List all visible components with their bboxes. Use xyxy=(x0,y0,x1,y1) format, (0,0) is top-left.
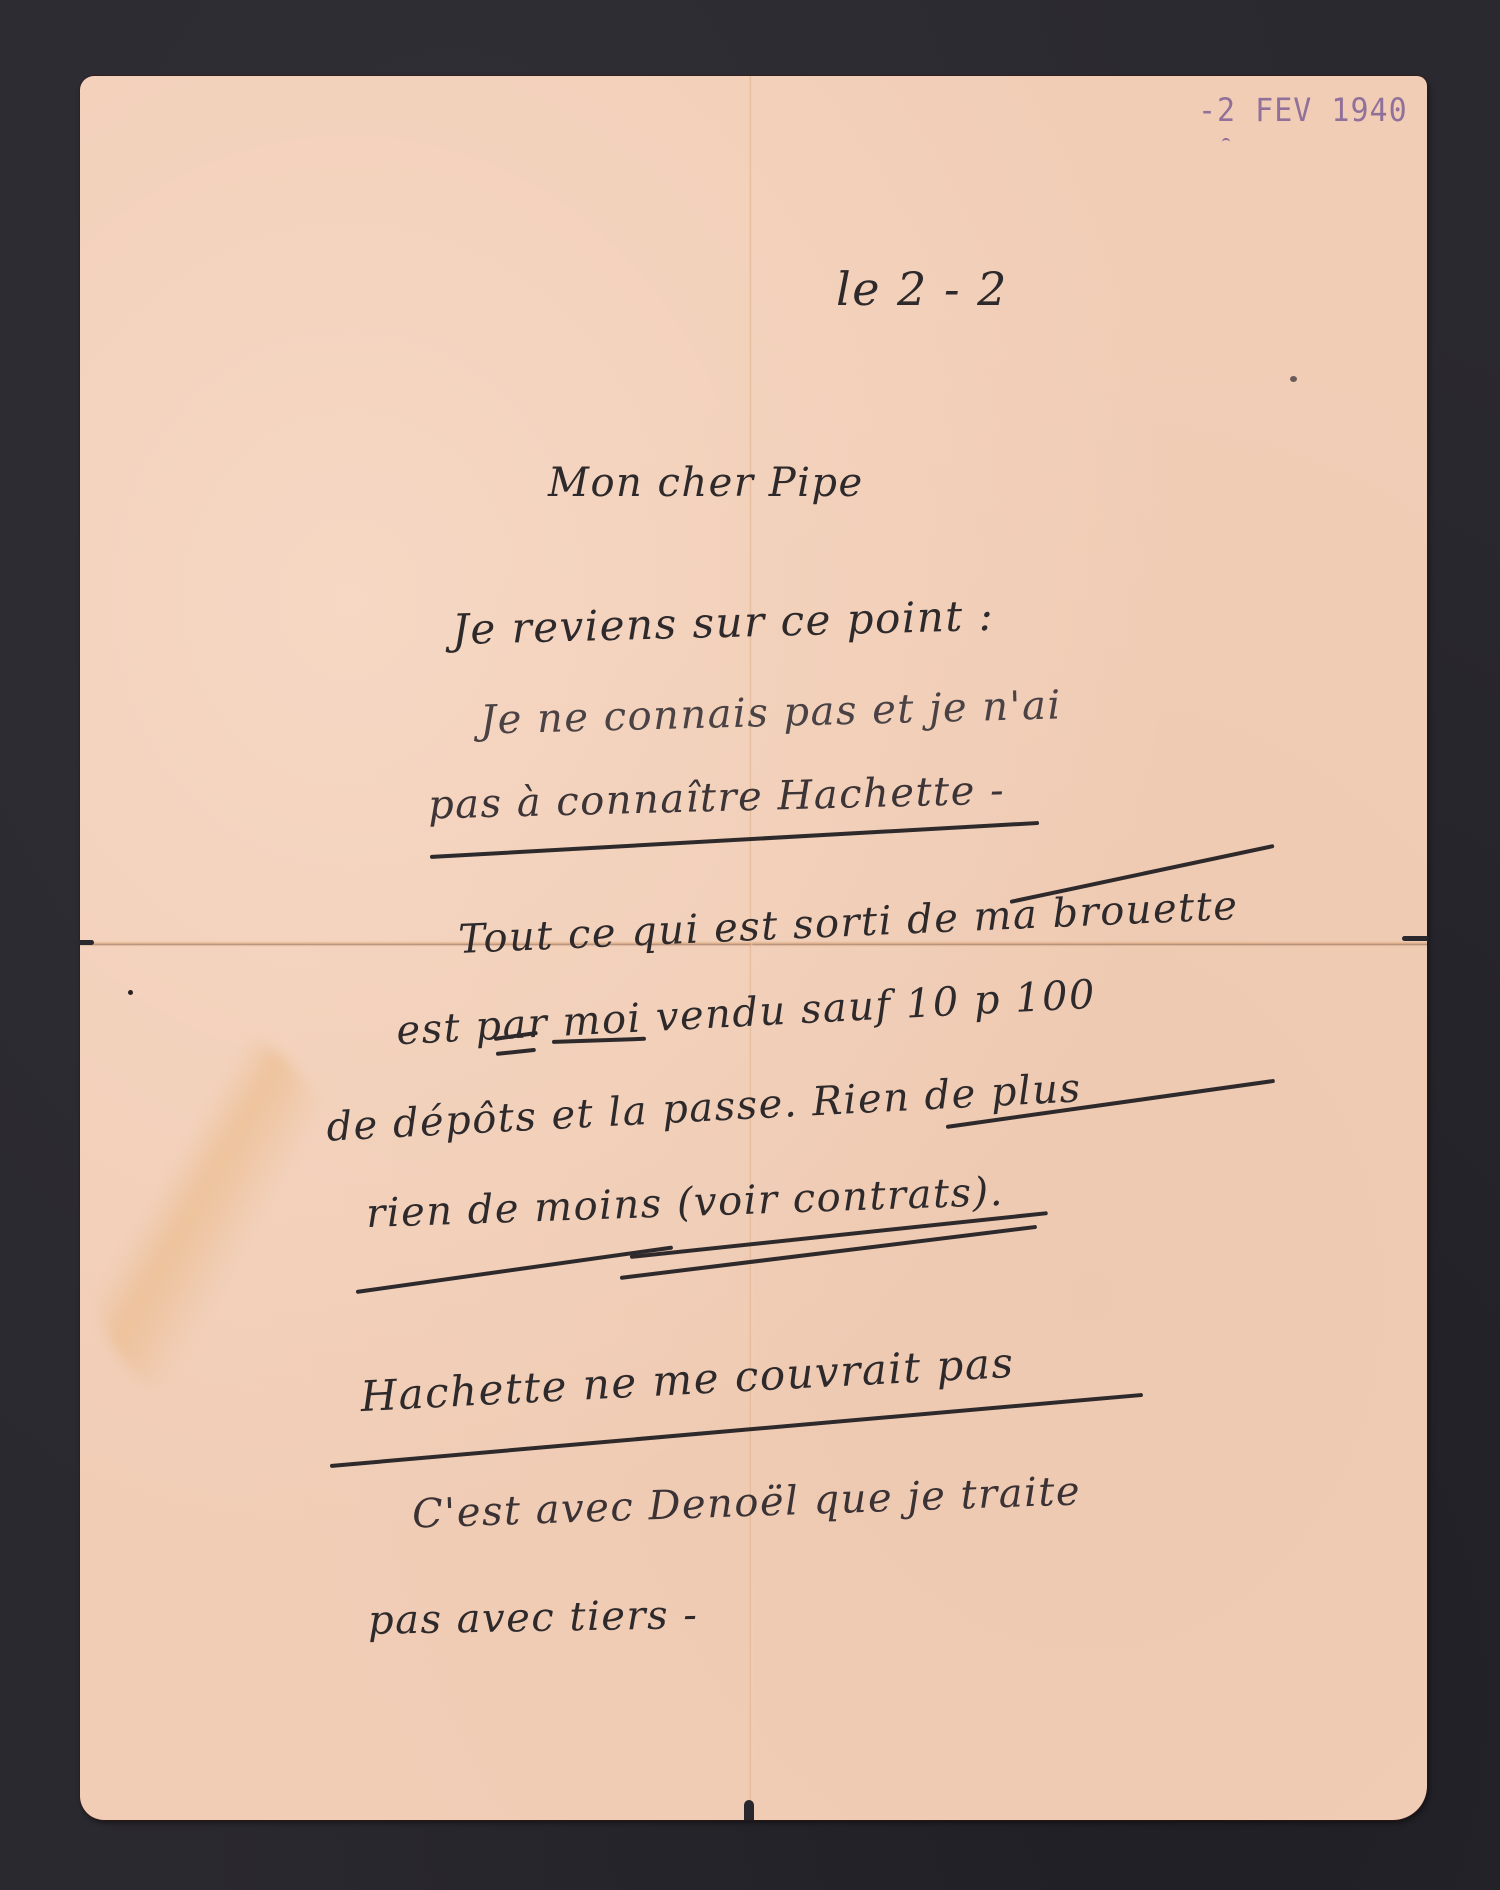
letter-line-10: pas avec tiers - xyxy=(368,1592,699,1644)
stamp-mark xyxy=(1222,138,1230,146)
edge-tear-bottom xyxy=(744,1800,754,1820)
water-stain xyxy=(90,1036,330,1396)
edge-tear-right xyxy=(1402,936,1428,941)
ink-speck xyxy=(128,990,133,995)
salutation: Mon cher Pipe xyxy=(548,460,864,506)
date-line: le 2 - 2 xyxy=(836,262,1008,316)
ink-speck xyxy=(1290,376,1297,382)
edge-tear-left xyxy=(78,940,94,945)
date-received-stamp: -2 FEV 1940 xyxy=(1198,92,1408,130)
